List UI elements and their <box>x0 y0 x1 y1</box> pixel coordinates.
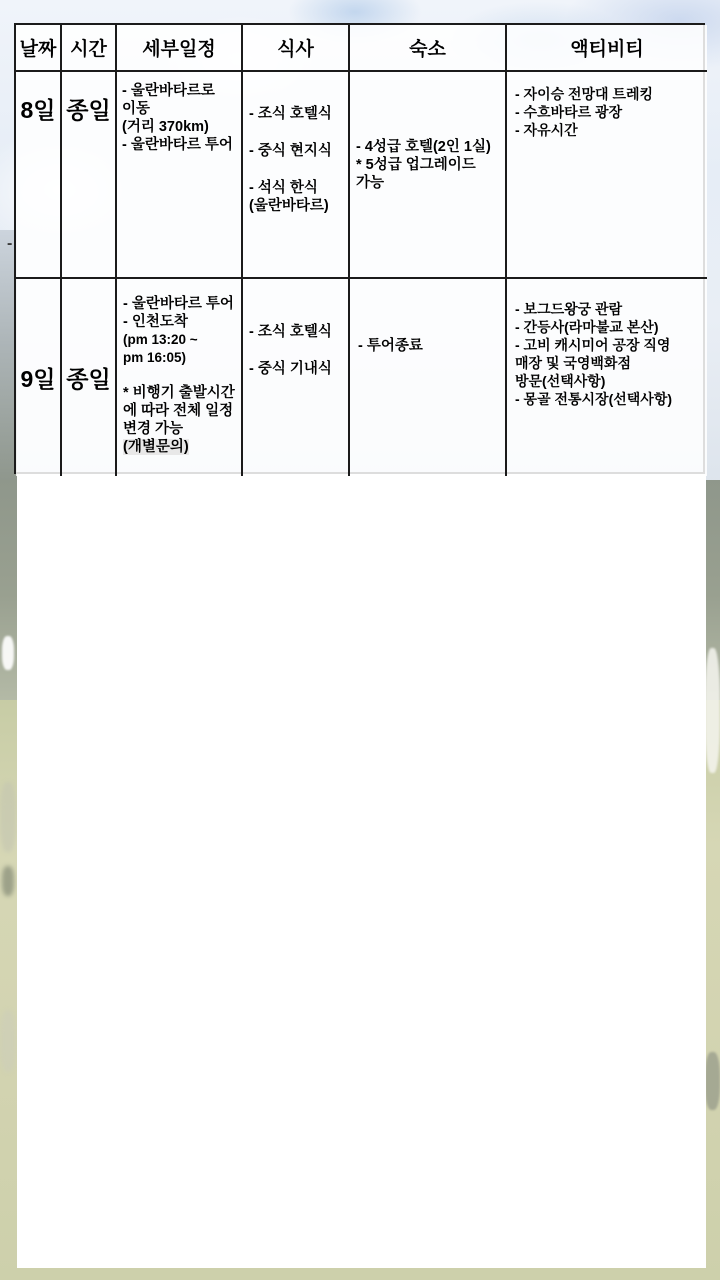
day-cell-9: 9일 <box>16 279 62 476</box>
lodging-line: 가능 <box>356 174 503 192</box>
meal-line: - 석식 한식 <box>249 179 346 197</box>
meal-line: - 중식 기내식 <box>249 360 346 378</box>
background-shadow-blob <box>2 866 14 896</box>
schedule-line: - 울란바타르 투어 <box>122 136 239 154</box>
activity-line: 방문(선택사항) <box>515 372 705 390</box>
activity-line: - 자이승 전망대 트레킹 <box>515 85 705 103</box>
activity-line: - 수흐바타르 광장 <box>515 103 705 121</box>
lodging-line: * 5성급 업그레이드 <box>356 156 503 174</box>
meals-cell-9: - 조식 호텔식 - 중식 기내식 <box>243 279 350 476</box>
lodging-cell-9: - 투어종료 <box>350 279 507 476</box>
schedule-line: 에 따라 전체 일정 <box>123 402 239 420</box>
activities-cell-9: - 보그드왕궁 관람 - 간등사(라마불교 본산) - 고비 캐시미어 공장 직… <box>507 279 707 476</box>
header-lodging: 숙소 <box>350 25 507 72</box>
time-cell-9: 종일 <box>62 279 117 476</box>
background-horse-blob <box>705 648 720 773</box>
schedule-line: pm 16:05) <box>123 349 239 367</box>
schedule-line: - 울란바타르로 <box>122 82 239 100</box>
background-rocks-low-blob <box>0 1010 16 1072</box>
activity-line: - 보그드왕궁 관람 <box>515 300 705 318</box>
schedule-line: - 울란바타르 투어 <box>123 295 239 313</box>
schedule-line-highlighted: (개별문의) <box>123 439 189 455</box>
background-dark-band-blob <box>705 1052 720 1110</box>
activity-line: - 간등사(라마불교 본산) <box>515 318 705 336</box>
activity-line: - 자유시간 <box>515 121 705 139</box>
schedule-line: - 인천도착 <box>123 313 239 331</box>
lodging-cell-8: - 4성급 호텔(2인 1실) * 5성급 업그레이드 가능 <box>350 72 507 279</box>
schedule-line: (pm 13:20 ~ <box>123 331 239 349</box>
meal-line: (울란바타르) <box>249 197 346 215</box>
background-rocks-blob <box>0 782 16 852</box>
schedule-line: 이동 <box>122 100 239 118</box>
schedule-line: (거리 370km) <box>122 118 239 136</box>
lodging-line: - 투어종료 <box>358 337 503 355</box>
activity-line: 매장 및 국영백화점 <box>515 354 705 372</box>
meal-line: - 조식 호텔식 <box>249 105 346 123</box>
activity-line: - 고비 캐시미어 공장 직영 <box>515 336 705 354</box>
schedule-cell-8: - 울란바타르로 이동 (거리 370km) - 울란바타르 투어 <box>117 72 243 279</box>
header-date: 날짜 <box>16 25 62 72</box>
schedule-cell-9: - 울란바타르 투어 - 인천도착 (pm 13:20 ~ pm 16:05) … <box>117 279 243 476</box>
meal-line: - 조식 호텔식 <box>249 323 346 341</box>
day-cell-8: 8일 <box>16 72 62 279</box>
lodging-line: - 4성급 호텔(2인 1실) <box>356 138 503 156</box>
time-cell-8: 종일 <box>62 72 117 279</box>
header-time: 시간 <box>62 25 117 72</box>
itinerary-page: - 날짜 시간 세부일정 식사 숙소 액티비티 8일 종일 - 울란바타르로 이… <box>0 0 720 1280</box>
header-meals: 식사 <box>243 25 350 72</box>
itinerary-table: 날짜 시간 세부일정 식사 숙소 액티비티 8일 종일 - 울란바타르로 이동 … <box>14 23 705 474</box>
meal-line: - 중식 현지식 <box>249 142 346 160</box>
activities-cell-8: - 자이승 전망대 트레킹 - 수흐바타르 광장 - 자유시간 <box>507 72 707 279</box>
content-panel <box>17 474 706 1268</box>
meals-cell-8: - 조식 호텔식 - 중식 현지식 - 석식 한식 (울란바타르) <box>243 72 350 279</box>
activity-line: - 몽골 전통시장(선택사항) <box>515 390 705 408</box>
header-schedule: 세부일정 <box>117 25 243 72</box>
header-activities: 액티비티 <box>507 25 707 72</box>
schedule-line: * 비행기 출발시간 <box>123 384 239 402</box>
background-ger-blob <box>2 636 14 670</box>
schedule-line: 변경 가능 <box>123 420 239 438</box>
